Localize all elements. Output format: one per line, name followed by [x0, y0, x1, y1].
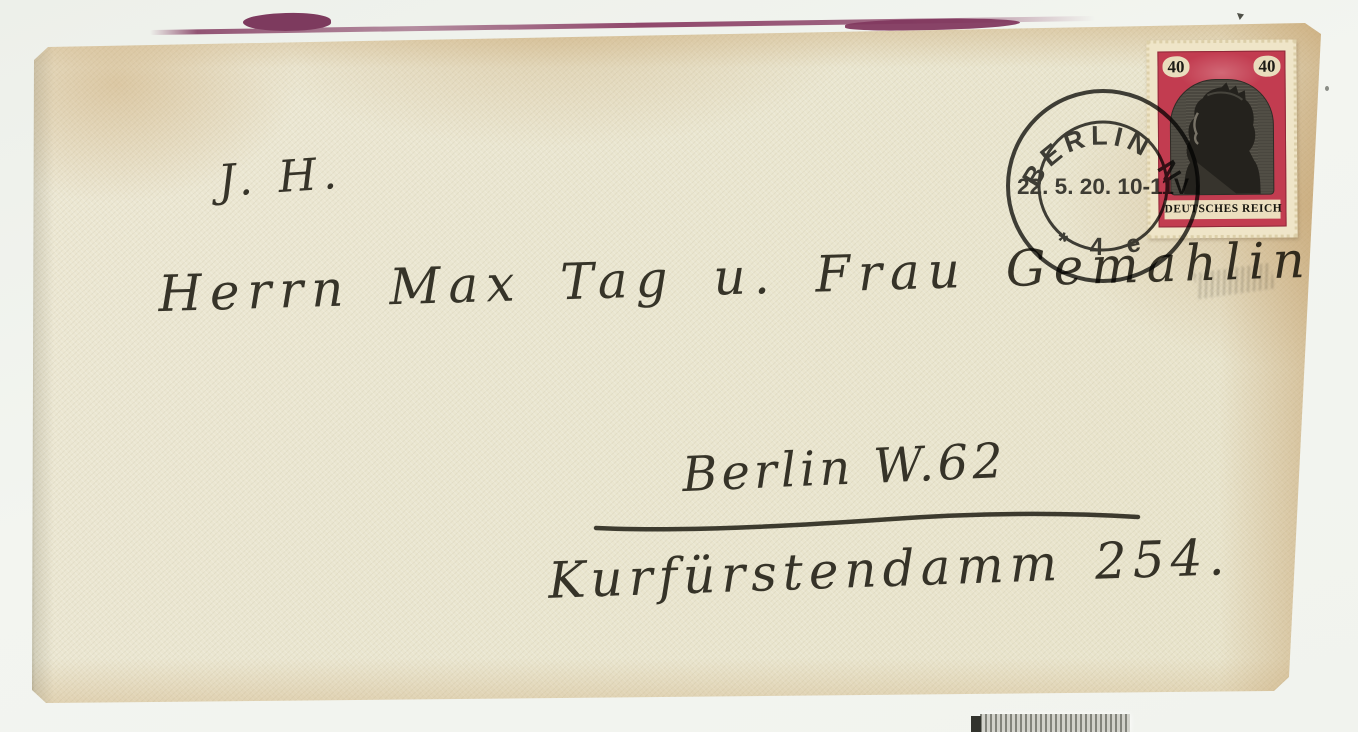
photo-edge-strip-cap — [971, 716, 981, 732]
postmark-date-text: 22. 5. 20. 10-11V — [1017, 174, 1189, 199]
dust-speck — [1237, 13, 1244, 20]
dust-speck — [1325, 86, 1329, 91]
stamp-denomination: 40 — [1253, 56, 1280, 77]
photo-edge-strip — [980, 714, 1130, 732]
scanner-background: J. H. Herrn Max Tag u. Frau Gemahlin Ber… — [0, 0, 1358, 732]
postmark-index-text: * 4 e — [1054, 227, 1152, 261]
postmark: BERLIN N 22. 5. 20. 10-11V * 4 e — [995, 78, 1211, 294]
underline-stroke — [592, 500, 1144, 536]
stamp-denomination: 40 — [1162, 56, 1189, 77]
handwritten-initials: J. H. — [216, 148, 344, 208]
